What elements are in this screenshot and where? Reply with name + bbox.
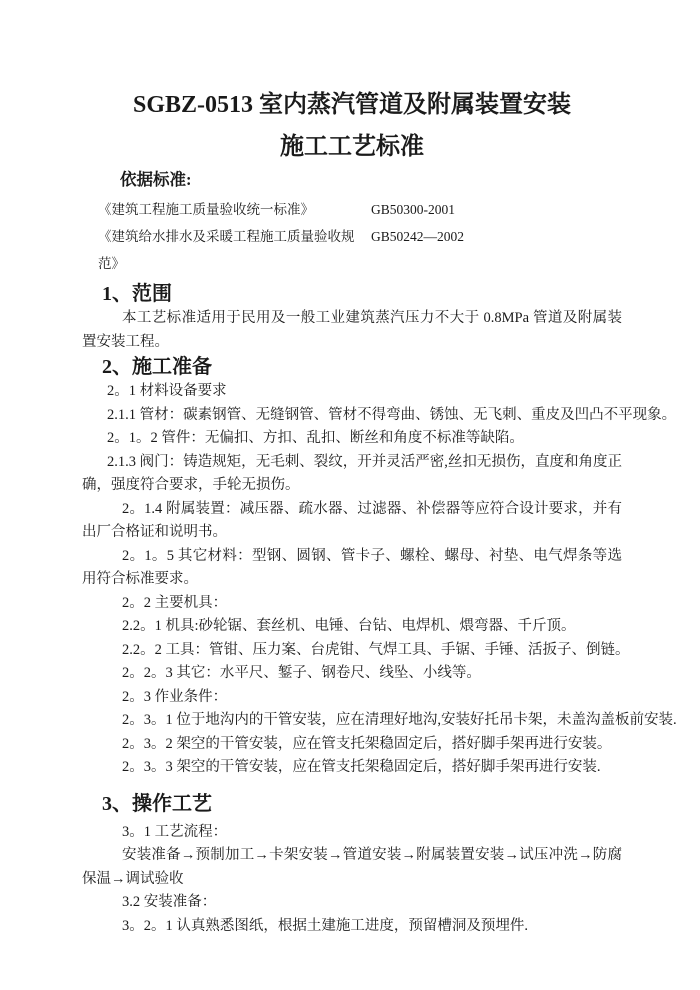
document-title: SGBZ-0513 室内蒸汽管道及附属装置安装 施工工艺标准 [62, 84, 642, 168]
document-title-line-1: SGBZ-0513 室内蒸汽管道及附属装置安装 [62, 84, 642, 126]
paragraph-other-tools: 2。2。3 其它：水平尺、錾子、钢卷尺、线坠、小线等。 [82, 662, 622, 686]
reference-standard-title: 《建筑工程施工质量验收统一标准》 [98, 196, 371, 223]
paragraph-main-machines-heading: 2。2 主要机具： [82, 592, 622, 616]
paragraph-valves: 2.1.3 阀门：铸造规矩，无毛刺、裂纹，开并灵活严密,丝扣无损伤，直度和角度正… [82, 451, 622, 498]
paragraph-machines: 2.2。1 机具:砂轮锯、套丝机、电锤、台钻、电焊机、煨弯器、千斤顶。 [82, 615, 622, 639]
paragraph-process-flow-heading: 3。1 工艺流程： [82, 821, 622, 845]
paragraph-pipes: 2.1.1 管材：碳素钢管、无缝钢管、管材不得弯曲、锈蚀、无飞刺、重皮及凹凸不平… [82, 404, 622, 428]
reference-standard-title: 《建筑给水排水及采暖工程施工质量验收规范》 [98, 223, 371, 277]
section-heading-scope: 1、范围 [82, 281, 622, 307]
document-page: SGBZ-0513 室内蒸汽管道及附属装置安装 施工工艺标准 依据标准: 《建筑… [0, 0, 700, 990]
reference-standard-row: 《建筑给水排水及采暖工程施工质量验收规范》 GB50242—2002 [82, 223, 622, 277]
section-heading-preparation: 2、施工准备 [82, 354, 622, 380]
paragraph-other-materials: 2。1。5 其它材料：型钢、圆钢、管卡子、螺栓、螺母、衬垫、电气焊条等选用符合标… [82, 545, 622, 592]
paragraph-accessories: 2。1.4 附属装置：减压器、疏水器、过滤器、补偿器等应符合设计要求，并有出厂合… [82, 498, 622, 545]
paragraph-condition-1: 2。3。1 位于地沟内的干管安装，应在清理好地沟,安装好托吊卡架，未盖沟盖板前安… [82, 709, 622, 733]
reference-standards-list: 《建筑工程施工质量验收统一标准》 GB50300-2001 《建筑给水排水及采暖… [82, 196, 622, 277]
paragraph-condition-2: 2。3。2 架空的干管安装，应在管支托架稳固定后，搭好脚手架再进行安装。 [82, 733, 622, 757]
paragraph-install-prep-1: 3。2。1 认真熟悉图纸，根据土建施工进度，预留槽洞及预埋件. [82, 915, 622, 939]
reference-standard-row: 《建筑工程施工质量验收统一标准》 GB50300-2001 [82, 196, 622, 223]
paragraph-tools: 2.2。2 工具：管钳、压力案、台虎钳、气焊工具、手锯、手锤、活扳子、倒链。 [82, 639, 622, 663]
document-title-line-2: 施工工艺标准 [62, 126, 642, 168]
paragraph-process-flow: 安装准备→预制加工→卡架安装→管道安装→附属装置安装→试压冲洗→防腐保温→调试验… [82, 844, 622, 891]
section-heading-operation: 3、操作工艺 [82, 791, 622, 817]
paragraph-scope: 本工艺标准适用于民用及一般工业建筑蒸汽压力不大于 0.8MPa 管道及附属装置安… [82, 307, 622, 354]
basis-standards-heading: 依据标准: [82, 170, 622, 190]
reference-standard-code: GB50242—2002 [371, 223, 464, 277]
paragraph-install-prep-heading: 3.2 安装准备： [82, 891, 622, 915]
paragraph-fittings: 2。1。2 管件：无偏扣、方扣、乱扣、断丝和角度不标准等缺陷。 [82, 427, 622, 451]
paragraph-condition-3: 2。3。3 架空的干管安装，应在管支托架稳固定后，搭好脚手架再进行安装. [82, 756, 622, 780]
reference-standard-code: GB50300-2001 [371, 196, 455, 223]
paragraph-work-conditions-heading: 2。3 作业条件： [82, 686, 622, 710]
paragraph-material-requirements: 2。1 材料设备要求 [82, 380, 622, 404]
